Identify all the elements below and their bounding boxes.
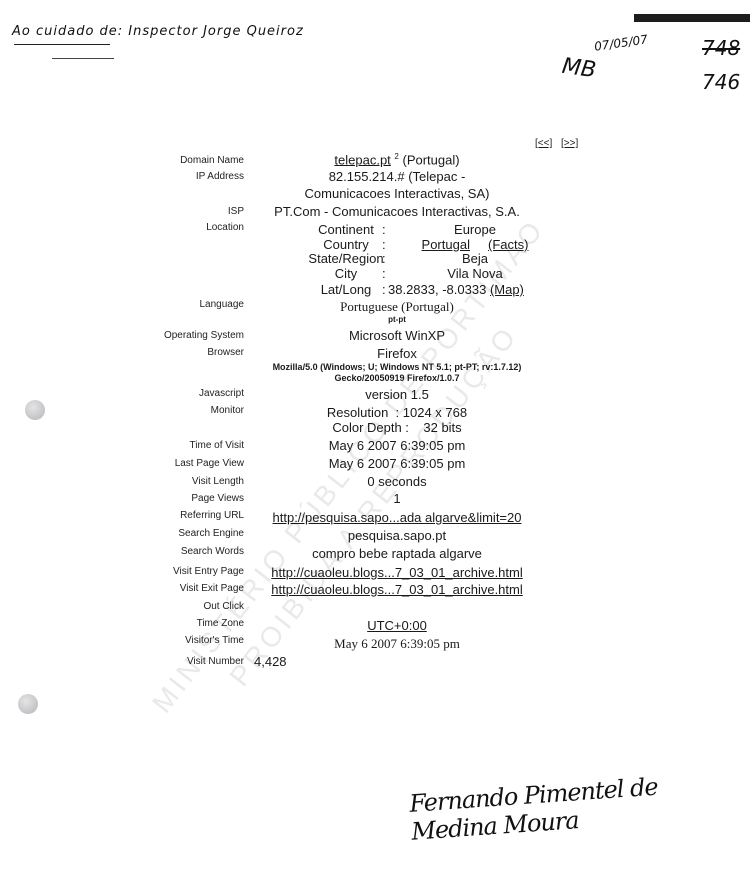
page-views-value: 1 — [222, 491, 572, 506]
user-agent-line2: Gecko/20050919 Firefox/1.0.7 — [222, 373, 572, 383]
country-value-wrap: Portugal (Facts) — [400, 237, 550, 252]
resolution-value: Resolution : 1024 x 768 — [222, 405, 572, 420]
handwritten-note: Ao cuidado de: Inspector Jorge Queiroz — [12, 24, 304, 39]
language-code: pt-pt — [222, 315, 572, 324]
pager: [<<] [>>] — [535, 138, 584, 149]
os-value: Microsoft WinXP — [222, 328, 572, 343]
ip-value-line2: Comunicacoes Interactivas, SA) — [222, 186, 572, 201]
color-depth-value: Color Depth : 32 bits — [222, 420, 572, 435]
label-visit-number: Visit Number — [187, 656, 244, 667]
colon: : — [382, 282, 386, 297]
colon: : — [382, 237, 386, 252]
latlong-value: 38.2833, -8.0333 — [388, 282, 486, 297]
country-link[interactable]: Portugal — [422, 237, 470, 252]
ip-value-line1: 82.155.214.# (Telepac - — [222, 169, 572, 184]
continent-value: Europe — [400, 222, 550, 237]
domain-country: (Portugal) — [403, 152, 460, 167]
last-page-view-value: May 6 2007 6:39:05 pm — [222, 456, 572, 471]
isp-value: PT.Com - Comunicacoes Interactivas, S.A. — [222, 204, 572, 219]
redaction-bar — [634, 14, 750, 22]
latlong-label: Lat/Long — [300, 282, 392, 297]
domain-value: telepac.pt 2 (Portugal) — [222, 152, 572, 167]
state-value: Beja — [400, 251, 550, 266]
punch-hole-icon — [25, 400, 45, 420]
label-location: Location — [206, 222, 244, 233]
facts-link[interactable]: (Facts) — [488, 237, 528, 252]
colon: : — [382, 222, 386, 237]
latlong-wrap: 38.2833, -8.0333 (Map) — [388, 282, 558, 297]
prev-link[interactable]: [<<] — [535, 138, 552, 149]
visitors-time-value: May 6 2007 6:39:05 pm — [222, 636, 572, 652]
visit-length-value: 0 seconds — [222, 474, 572, 489]
exit-page-link[interactable]: http://cuaoleu.blogs...7_03_01_archive.h… — [222, 582, 572, 597]
browser-value: Firefox — [222, 346, 572, 361]
handwritten-initials: MB — [560, 54, 597, 83]
visit-number-value: 4,428 — [254, 654, 287, 669]
label-out-click: Out Click — [203, 601, 244, 612]
handwritten-date: 07/05/07 — [593, 32, 648, 53]
time-of-visit-value: May 6 2007 6:39:05 pm — [222, 438, 572, 453]
domain-link[interactable]: telepac.pt — [334, 152, 390, 167]
referring-url-link[interactable]: http://pesquisa.sapo...ada algarve&limit… — [222, 510, 572, 525]
language-value: Portuguese (Portugal) — [222, 299, 572, 315]
entry-page-link[interactable]: http://cuaoleu.blogs...7_03_01_archive.h… — [222, 565, 572, 580]
signature: Fernando Pimentel de Medina Moura — [408, 766, 750, 846]
country-label: Country — [300, 237, 392, 252]
continent-label: Continent — [300, 222, 392, 237]
city-value: Vila Nova — [400, 266, 550, 281]
colon: : — [382, 266, 386, 281]
colon: : — [382, 251, 386, 266]
user-agent-line1: Mozilla/5.0 (Windows; U; Windows NT 5.1;… — [222, 362, 572, 372]
city-label: City — [300, 266, 392, 281]
underline — [52, 58, 114, 59]
search-words-value: compro bebe raptada algarve — [222, 546, 572, 561]
map-link[interactable]: (Map) — [490, 282, 524, 297]
page-number-new: 746 — [702, 70, 740, 94]
next-link[interactable]: [>>] — [561, 138, 578, 149]
search-engine-value: pesquisa.sapo.pt — [222, 528, 572, 543]
note-text: Ao cuidado de: Inspector Jorge Queiroz — [12, 24, 304, 39]
state-label: State/Region — [300, 251, 392, 266]
punch-hole-icon — [18, 694, 38, 714]
time-zone-link[interactable]: UTC+0:00 — [222, 618, 572, 633]
page-number-old: 748 — [702, 36, 740, 60]
javascript-value: version 1.5 — [222, 387, 572, 402]
domain-footnote: 2 — [394, 152, 398, 161]
underline — [14, 44, 110, 45]
